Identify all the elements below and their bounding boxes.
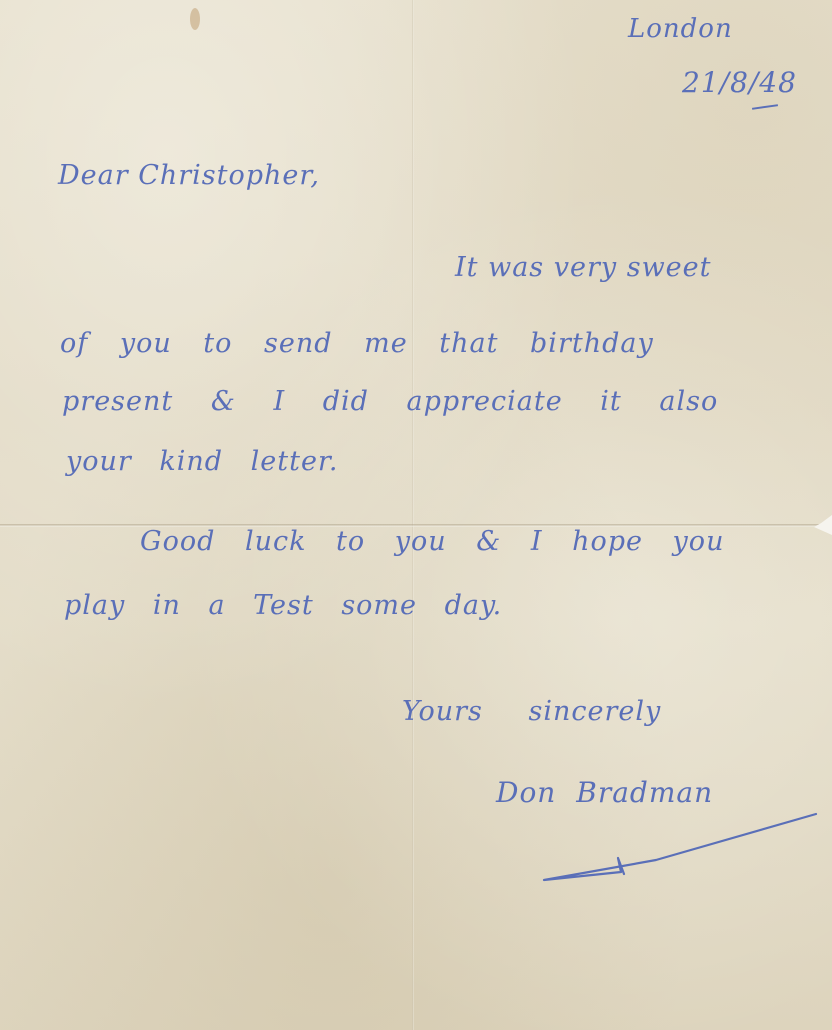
body-line: of you to send me that birthday [60, 328, 654, 359]
body-line: It was very sweet [455, 252, 712, 283]
vertical-fold-crease [412, 0, 414, 1030]
letter-signature: Don Bradman [496, 776, 713, 809]
body-line: play in a Test some day. [64, 590, 502, 621]
letter-page: London 21/8/48 Dear Christopher, It was … [0, 0, 832, 1030]
letter-salutation: Dear Christopher, [58, 160, 320, 191]
paper-stain [190, 8, 200, 30]
body-line: Good luck to you & I hope you [140, 526, 724, 557]
letter-place: London [628, 14, 733, 44]
date-underline [752, 104, 778, 110]
letter-date: 21/8/48 [682, 66, 797, 99]
signature-flourish-icon [536, 808, 826, 888]
body-line: present & I did appreciate it also [62, 386, 718, 417]
letter-closing: Yours sincerely [402, 696, 661, 727]
body-line: your kind letter. [66, 446, 338, 477]
